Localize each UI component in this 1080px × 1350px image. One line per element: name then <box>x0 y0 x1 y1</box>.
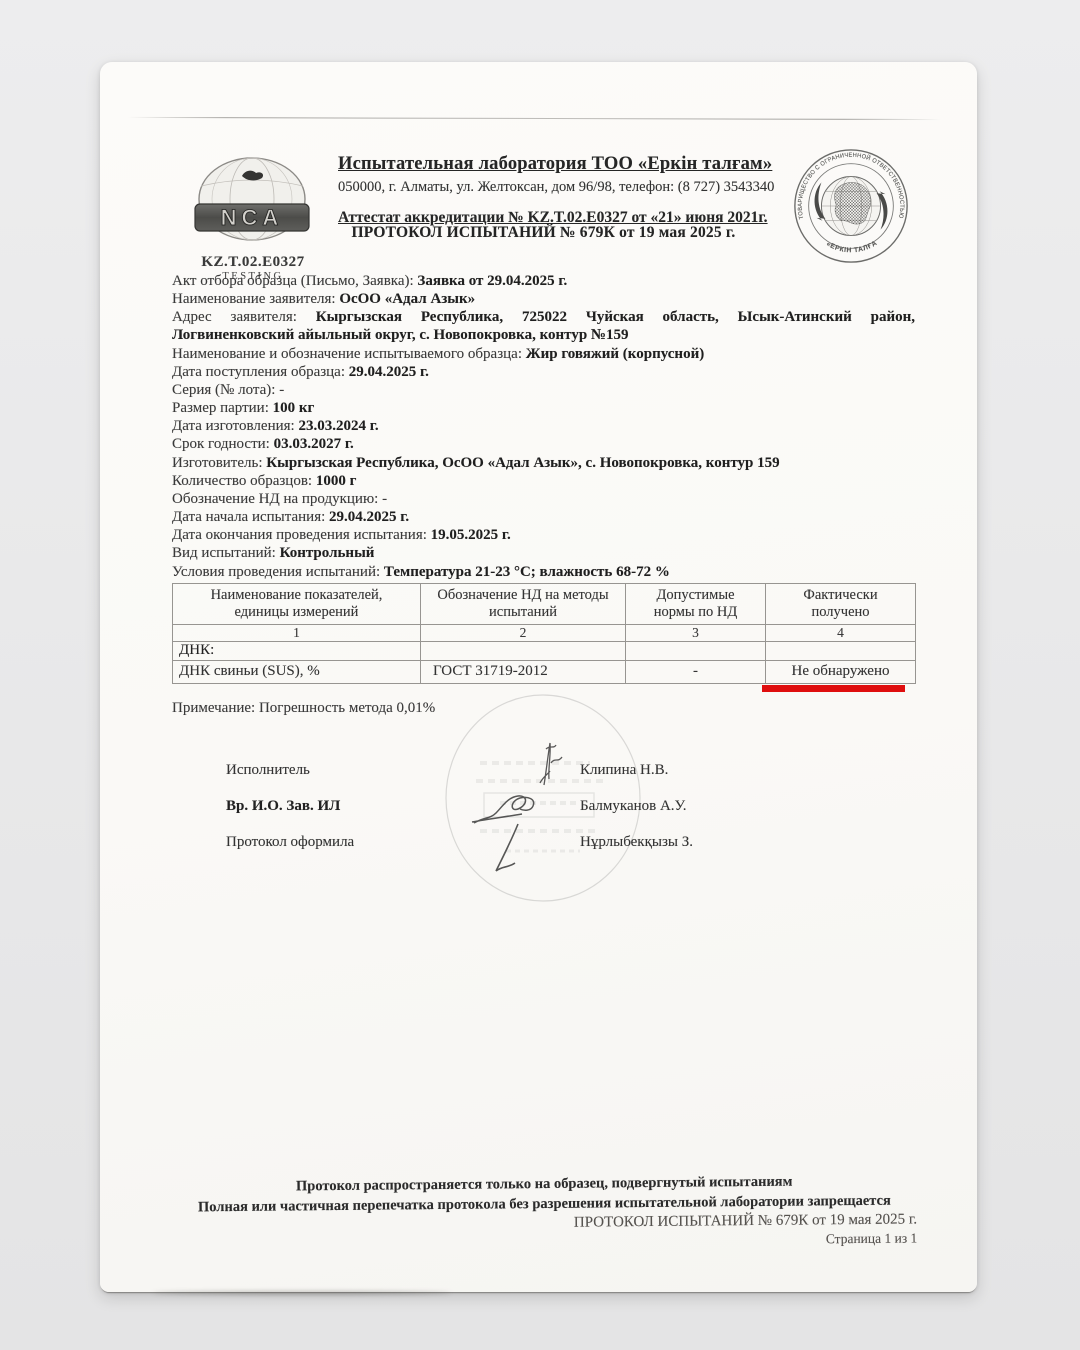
signature-name: Клипина Н.В. <box>580 762 668 779</box>
field-row: Обозначение НД на продукцию: - <box>172 490 915 508</box>
field-value: 29.04.2025 г. <box>329 509 409 525</box>
field-label: Условия проведения испытаний: <box>172 564 380 580</box>
group-label: ДНК: <box>173 641 421 660</box>
field-value: - <box>382 491 387 507</box>
field-label: Наименование и обозначение испытываемого… <box>172 346 522 362</box>
lab-address: 050000, г. Алматы, ул. Желтоксан, дом 96… <box>338 179 783 196</box>
col-header-indicator: Наименование показателей, единицы измере… <box>173 583 421 624</box>
field-label: Дата изготовления: <box>172 418 295 434</box>
table-header-row: Наименование показателей, единицы измере… <box>173 583 916 624</box>
field-label: Серия (№ лота): <box>172 382 275 398</box>
company-round-stamp: ТОВАРИЩЕСТВО С ОГРАНИЧЕННОЙ ОТВЕТСТВЕННО… <box>787 142 915 275</box>
signature-role: Протокол оформила <box>226 834 481 851</box>
empty-cell <box>626 641 766 660</box>
field-label: Срок годности: <box>172 436 270 452</box>
results-table: Наименование показателей, единицы измере… <box>172 583 916 684</box>
col-header-method: Обозначение НД на методы испытаний <box>421 583 626 624</box>
field-label: Наименование заявителя: <box>172 291 336 307</box>
field-label: Акт отбора образца (Письмо, Заявка): <box>172 273 414 289</box>
table-group-row: ДНК: <box>173 641 916 660</box>
field-value: 23.03.2024 г. <box>298 418 378 434</box>
nca-accreditation-logo: NCA KZ.T.02.E0327 TESTING <box>182 156 324 282</box>
nca-globe-icon: NCA <box>192 156 314 248</box>
field-label: Адрес заявителя: <box>172 309 297 325</box>
field-row: Наименование заявителя: ОсОО «Адал Азык» <box>172 290 915 308</box>
signature-role: Исполнитель <box>226 762 481 779</box>
col-number: 1 <box>173 624 421 641</box>
signature-block: Исполнитель Клипина Н.В. Вр. И.О. Зав. И… <box>172 753 915 861</box>
field-row: Дата окончания проведения испытания: 19.… <box>172 526 915 544</box>
result-value: Не обнаружено <box>791 663 889 679</box>
field-row: Срок годности: 03.03.2027 г. <box>172 435 915 453</box>
field-label: Обозначение НД на продукцию: <box>172 491 378 507</box>
field-value: Жир говяжий (корпусной) <box>526 346 704 362</box>
field-row: Серия (№ лота): - <box>172 381 915 399</box>
document-header: NCA KZ.T.02.E0327 TESTING Испытательная … <box>172 62 915 210</box>
field-label: Вид испытаний: <box>172 545 276 561</box>
col-number: 3 <box>626 624 766 641</box>
field-value: 29.04.2025 г. <box>349 364 429 380</box>
empty-cell <box>421 641 626 660</box>
handwritten-signature-icon <box>520 739 570 789</box>
col-header-norm: Допустимые нормы по НД <box>626 583 766 624</box>
field-row: Дата поступления образца: 29.04.2025 г. <box>172 363 915 381</box>
field-value: 100 кг <box>273 400 315 416</box>
col-header-result: Фактически получено <box>766 583 916 624</box>
handwritten-signature-icon <box>488 821 544 875</box>
field-row: Дата изготовления: 23.03.2024 г. <box>172 417 915 435</box>
field-row: Изготовитель: Кыргызская Республика, ОсО… <box>172 454 915 472</box>
field-label: Количество образцов: <box>172 473 312 489</box>
document-page: NCA KZ.T.02.E0327 TESTING Испытательная … <box>100 62 977 1292</box>
signature-name: Балмуканов А.У. <box>580 798 686 815</box>
field-label: Дата поступления образца: <box>172 364 345 380</box>
field-row: Размер партии: 100 кг <box>172 399 915 417</box>
table-data-row: ДНК свиньи (SUS), % ГОСТ 31719-2012 - Не… <box>173 660 916 683</box>
sample-fields: Акт отбора образца (Письмо, Заявка): Зая… <box>172 272 915 581</box>
field-value: Заявка от 29.04.2025 г. <box>417 273 567 289</box>
signature-role: Вр. И.О. Зав. ИЛ <box>226 798 481 815</box>
screenshot-root: { "colors": { "accent_red": "#df0e0e", "… <box>0 0 1080 1350</box>
field-row: Дата начала испытания: 29.04.2025 г. <box>172 508 915 526</box>
field-row: Наименование и обозначение испытываемого… <box>172 345 915 363</box>
field-row: Вид испытаний: Контрольный <box>172 544 915 562</box>
field-value: Температура 21-23 °С; влажность 68-72 % <box>384 564 670 580</box>
empty-cell <box>766 641 916 660</box>
cell-method: ГОСТ 31719-2012 <box>421 660 626 683</box>
nca-code: KZ.T.02.E0327 <box>182 254 324 271</box>
cell-result: Не обнаружено <box>766 660 916 683</box>
signature-row: Исполнитель Клипина Н.В. <box>172 753 915 789</box>
signature-row: Вр. И.О. Зав. ИЛ Балмуканов А.У. <box>172 789 915 825</box>
svg-text:NCA: NCA <box>221 205 284 230</box>
field-label: Размер партии: <box>172 400 269 416</box>
field-row: Адрес заявителя: Кыргызская Республика, … <box>172 308 915 344</box>
result-highlight-underline <box>762 685 905 692</box>
field-label: Изготовитель: <box>172 455 263 471</box>
field-value: Контрольный <box>280 545 375 561</box>
field-value: 1000 г <box>316 473 357 489</box>
field-value: Кыргызская Республика, ОсОО «Адал Азык»,… <box>266 455 779 471</box>
signature-name: Нұрлыбекқызы З. <box>580 834 693 851</box>
field-label: Дата начала испытания: <box>172 509 325 525</box>
field-value: - <box>279 382 284 398</box>
document-footer: Протокол распространяется только на обра… <box>172 1170 918 1253</box>
field-value: ОсОО «Адал Азык» <box>339 291 475 307</box>
col-number: 2 <box>421 624 626 641</box>
field-row: Количество образцов: 1000 г <box>172 472 915 490</box>
field-label: Дата окончания проведения испытания: <box>172 527 427 543</box>
field-value: 03.03.2027 г. <box>274 436 354 452</box>
signature-row: Протокол оформила Нұрлыбекқызы З. <box>172 825 915 861</box>
header-lab-info: Испытательная лаборатория ТОО «Еркін тал… <box>324 150 787 227</box>
col-number: 4 <box>766 624 916 641</box>
field-row: Условия проведения испытаний: Температур… <box>172 563 915 581</box>
cell-norm: - <box>626 660 766 683</box>
field-value: 19.05.2025 г. <box>431 527 511 543</box>
lab-name: Испытательная лаборатория ТОО «Еркін тал… <box>338 154 783 175</box>
cell-indicator: ДНК свиньи (SUS), % <box>173 660 421 683</box>
table-number-row: 1 2 3 4 <box>173 624 916 641</box>
round-stamp-icon: ТОВАРИЩЕСТВО С ОГРАНИЧЕННОЙ ОТВЕТСТВЕННО… <box>787 142 915 270</box>
